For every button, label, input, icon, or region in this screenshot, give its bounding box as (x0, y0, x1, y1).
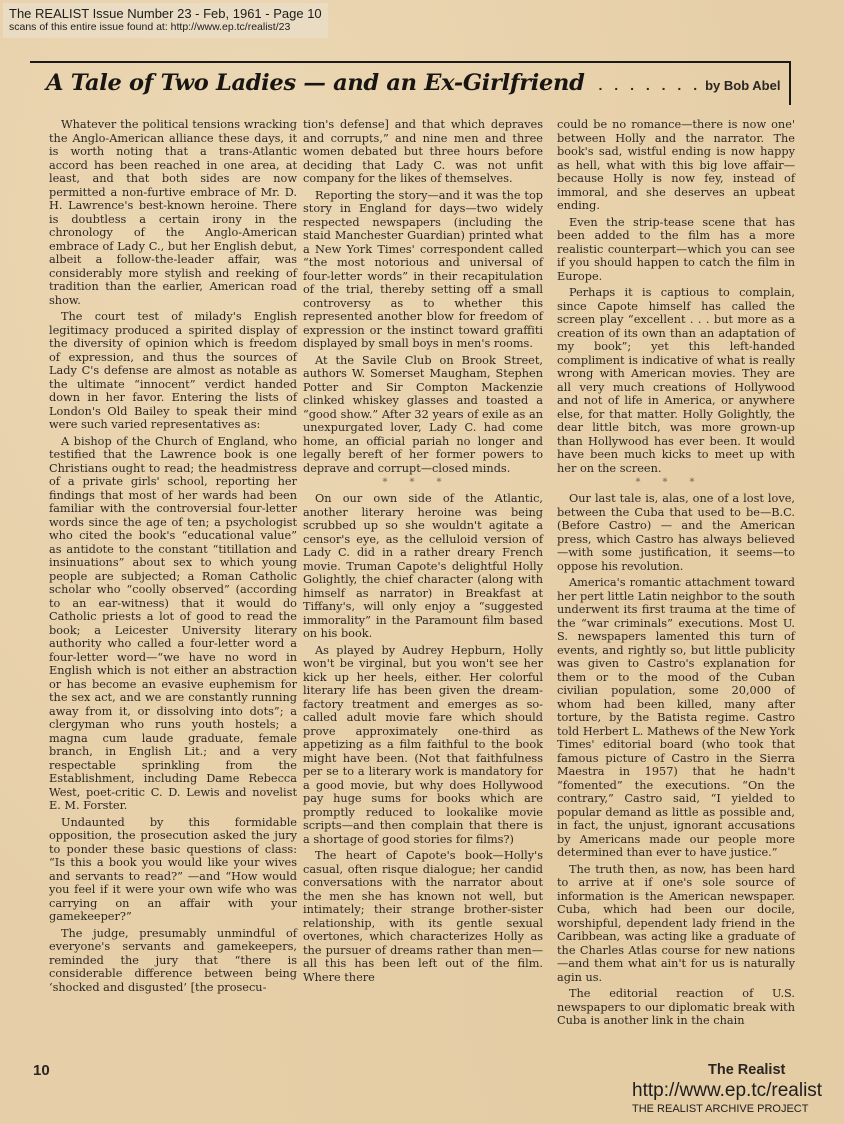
paragraph: A bishop of the Church of England, who t… (49, 435, 297, 813)
article-column-3: could be no romance—there is now one' be… (557, 118, 795, 1031)
paragraph: As played by Audrey Hepburn, Holly won't… (303, 644, 543, 847)
article-title-bar: A Tale of Two Ladies — and an Ex-Girlfri… (46, 70, 786, 106)
section-break: *** (557, 478, 795, 488)
star-ornament: * (437, 478, 464, 488)
paragraph: Reporting the story—and it was the top s… (303, 189, 543, 351)
paragraph: Even the strip-tease scene that has been… (557, 216, 795, 284)
paragraph: tion's defense] and that which depraves … (303, 118, 543, 186)
paragraph: On our own side of the Atlantic, another… (303, 492, 543, 641)
section-break: *** (303, 478, 543, 488)
paragraph: Our last tale is, alas, one of a lost lo… (557, 492, 795, 573)
paragraph: America's romantic attachment toward her… (557, 576, 795, 860)
title-top-rule (30, 61, 790, 63)
archive-url[interactable]: http://www.ep.tc/realist (632, 1080, 822, 1102)
paragraph: The heart of Capote's book—Holly's casua… (303, 849, 543, 984)
paragraph: At the Savile Club on Brook Street, auth… (303, 354, 543, 476)
paragraph: Undaunted by this formidable opposition,… (49, 816, 297, 924)
star-ornament: * (690, 478, 717, 488)
publication-name: The Realist (708, 1062, 785, 1078)
article-title: A Tale of Two Ladies — and an Ex-Girlfri… (46, 70, 585, 96)
paragraph: could be no romance—there is now one' be… (557, 118, 795, 213)
paragraph: The editorial reaction of U.S. newspaper… (557, 987, 795, 1028)
paragraph: The truth then, as now, has been hard to… (557, 863, 795, 985)
paragraph: The court test of milady's English legit… (49, 310, 297, 432)
dot-leader: . . . . . . . (599, 77, 702, 93)
paragraph: Whatever the political tensions wracking… (49, 118, 297, 307)
star-ornament: * (636, 478, 663, 488)
scans-link-text: scans of this entire issue found at: htt… (9, 21, 322, 34)
star-ornament: * (410, 478, 437, 488)
article-column-1: Whatever the political tensions wracking… (49, 118, 297, 997)
archive-project-name: THE REALIST ARCHIVE PROJECT (632, 1103, 808, 1115)
archive-header: The REALIST Issue Number 23 - Feb, 1961 … (3, 3, 328, 38)
page-number: 10 (33, 1062, 50, 1079)
byline: by Bob Abel (705, 78, 780, 93)
title-side-rule (789, 61, 791, 105)
paragraph: The judge, presumably unmindful of every… (49, 927, 297, 995)
paragraph: Perhaps it is captious to complain, sinc… (557, 286, 795, 475)
star-ornament: * (663, 478, 690, 488)
issue-info: The REALIST Issue Number 23 - Feb, 1961 … (9, 6, 322, 21)
article-column-2: tion's defense] and that which depraves … (303, 118, 543, 987)
star-ornament: * (383, 478, 410, 488)
